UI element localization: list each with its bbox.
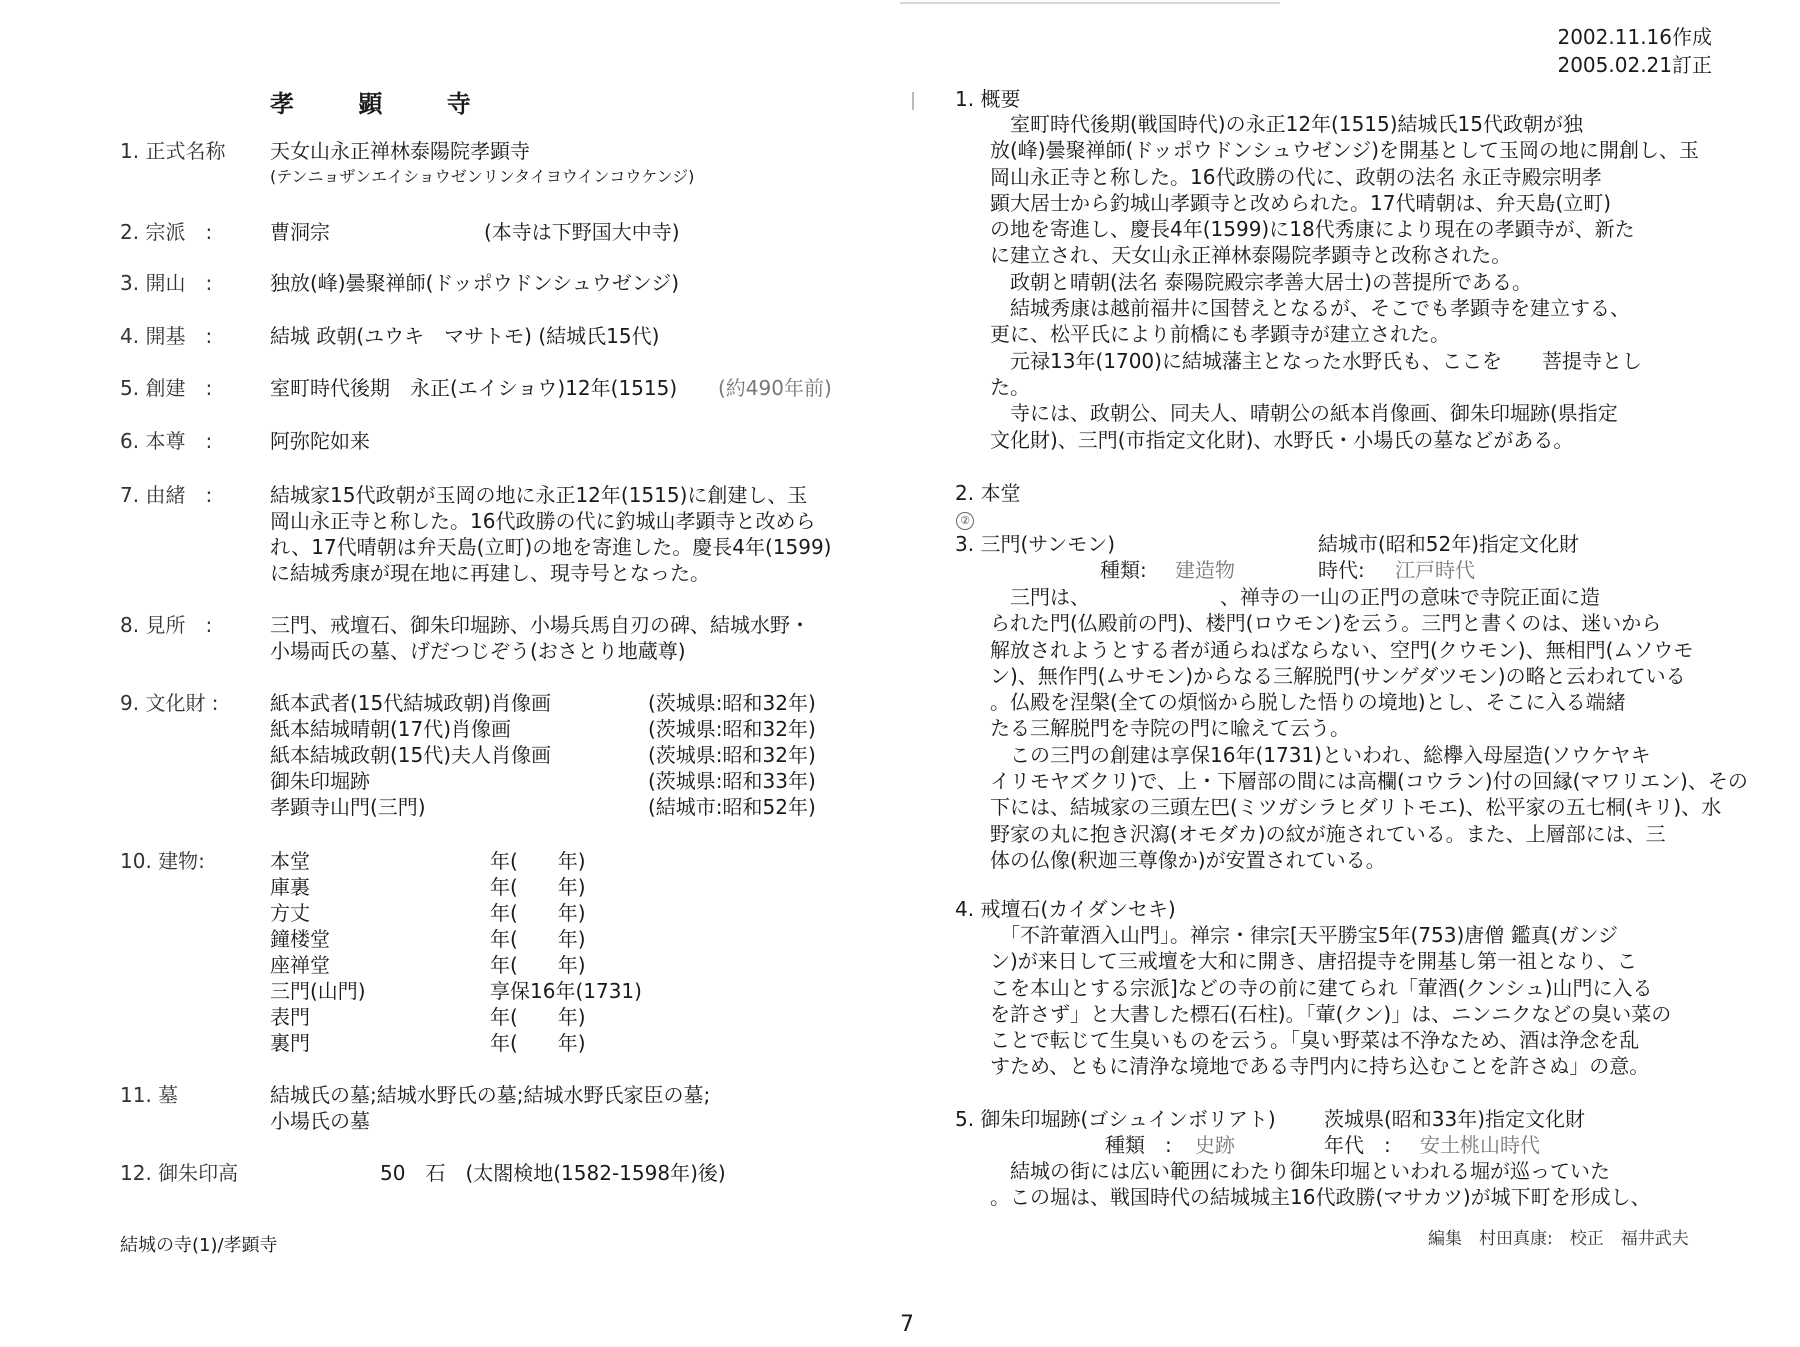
item-label-cultural-assets: 9. 文化財 : [120,690,219,716]
section-body-overview: 室町時代後期(戦国時代)の永正12年(1515)結城氏15代政朝が独 放(峰)曇… [990,111,1699,453]
cultural-asset-designation: (茨城県:昭和33年) [648,768,816,794]
cultural-asset-designation: (茨城県:昭和32年) [648,742,816,768]
section-body-goshuin-moat: 結城の街には広い範囲にわたり御朱印堀といわれる堀が巡っていた 。この堀は、戦国時… [990,1158,1651,1211]
goshuin-moat-line: 。この堀は、戦国時代の結城城主16代政勝(マサカツ)が城下町を形成し、 [990,1184,1651,1210]
cultural-asset-name: 孝顕寺山門(三門) [270,794,551,820]
cultural-asset-name: 紙本武者(15代結城政朝)肖像画 [270,690,551,716]
item-value-formal-name: 天女山永正禅林泰陽院孝顕寺 (テンニョザンエイショウゼンリンタイヨウインコウケン… [270,138,694,190]
sanmon-line: られた門(仏殿前の門)、楼門(ロウモン)を云う。三門と書くのは、迷いから [990,610,1748,636]
sanmon-era-value: 江戸時代 [1395,557,1475,583]
overview-line: 顕大居士から釣城山孝顕寺と改められた。17代晴朝は、弁天島(立町) [990,190,1699,216]
buildings-names: 本堂 庫裏 方丈 鐘楼堂 座禅堂 三門(山門) 表門 裏門 [270,848,366,1056]
item-label-founder-patron: 4. 開基 : [120,323,212,349]
sanmon-line: 三門は、 、禅寺の一山の正門の意味で寺院正面に造 [990,584,1748,610]
section-body-kaidanseki: 「不許葷酒入山門」。禅宗・律宗[天平勝宝5年(753)唐僧 鑑真(ガンジ ン)が… [990,922,1671,1080]
building-year: 享保16年(1731) [490,978,642,1004]
building-name: 本堂 [270,848,366,874]
kaidanseki-line: すため、ともに清浄な境地である寺門内に持ち込むことを許さぬ」の意。 [990,1053,1671,1079]
history-line: 岡山永正寺と称した。16代政勝の代に釣城山孝顕寺と改めら [270,508,831,534]
highlights-line: 小場両氏の墓、げだつじぞう(おさとり地蔵尊) [270,638,810,664]
building-year: 年( 年) [490,874,642,900]
history-line: 結城家15代政朝が玉岡の地に永正12年(1515)に創建し、玉 [270,482,831,508]
kaidanseki-line: こを本山とする宗派]などの寺の前に建てられ「葷酒(クンシュ)山門に入る [990,975,1671,1001]
cultural-asset-name: 御朱印堀跡 [270,768,551,794]
handwritten-circled-number: ② [956,512,974,530]
scan-artifact-line [900,2,1280,4]
section-body-sanmon: 三門は、 、禅寺の一山の正門の意味で寺院正面に造 られた門(仏殿前の門)、楼門(… [990,584,1748,873]
overview-line: に建立され、天女山永正禅林泰陽院孝顕寺と改称された。 [990,242,1699,268]
item-label-formal-name: 1. 正式名称 [120,138,225,164]
history-line: れ、17代晴朝は弁天島(立町)の地を寄進した。慶長4年(1599) [270,534,831,560]
page-number: 7 [900,1312,914,1337]
sanmon-line: 下には、結城家の三頭左巴(ミツガシラヒダリトモエ)、松平家の五七桐(キリ)、水 [990,794,1748,820]
sanmon-type-label: 種類: [1100,557,1147,583]
buildings-years: 年( 年) 年( 年) 年( 年) 年( 年) 年( 年) 享保16年(1731… [490,848,642,1056]
kaidanseki-line: 「不許葷酒入山門」。禅宗・律宗[天平勝宝5年(753)唐僧 鑑真(ガンジ [990,922,1671,948]
created-date: 2002.11.16作成 [1557,24,1712,50]
building-year: 年( 年) [490,926,642,952]
sanmon-line: 体の仏像(釈迦三尊像か)が安置されている。 [990,847,1748,873]
page-title: 孝 顕 寺 [270,84,499,119]
goshuin-moat-era-label: 年代 : [1324,1132,1391,1158]
building-year: 年( 年) [490,900,642,926]
column-divider-mark [912,92,914,110]
item-value-red-seal-yield: 50 石 (太閤検地(1582-1598年)後) [380,1160,726,1186]
item-label-red-seal-yield: 12. 御朱印高 [120,1160,238,1186]
goshuin-moat-type-value: 史跡 [1195,1132,1235,1158]
cultural-assets-names: 紙本武者(15代結城政朝)肖像画 紙本結城晴朝(17代)肖像画 紙本結城政朝(1… [270,690,551,820]
goshuin-moat-type-label: 種類 : [1105,1132,1172,1158]
overview-line: 元禄13年(1700)に結城藩主となった水野氏も、ここを 菩提寺とし [990,348,1699,374]
building-name: 裏門 [270,1030,366,1056]
building-name: 庫裏 [270,874,366,900]
item-label-principal-image: 6. 本尊 : [120,428,212,454]
item-label-founding: 5. 創建 : [120,375,212,401]
editor-credit: 編集 村田真康: 校正 福井武夫 [1428,1226,1689,1252]
graves-line: 小場氏の墓 [270,1108,710,1134]
highlights-line: 三門、戒壇石、御朱印堀跡、小場兵馬自刃の碑、結城水野・ [270,612,810,638]
item-note-founding: (約490年前) [718,375,832,401]
overview-line: 岡山永正寺と称した。16代政勝の代に、政朝の法名 永正寺殿宗明孝 [990,164,1699,190]
revised-date: 2005.02.21訂正 [1557,52,1712,78]
cultural-assets-designations: (茨城県:昭和32年) (茨城県:昭和32年) (茨城県:昭和32年) (茨城県… [648,690,816,820]
cultural-asset-designation: (茨城県:昭和32年) [648,690,816,716]
sanmon-line: イリモヤズクリ)で、上・下層部の間には高欄(コウラン)付の回縁(マワリエン)、そ… [990,768,1748,794]
overview-line: 政朝と晴朝(法名 泰陽院殿宗孝善大居士)の菩提所である。 [990,269,1699,295]
sanmon-line: この三門の創建は享保16年(1731)といわれ、総欅入母屋造(ソウケヤキ [990,742,1748,768]
building-name: 三門(山門) [270,978,366,1004]
cultural-asset-name: 紙本結城政朝(15代)夫人肖像画 [270,742,551,768]
overview-line: 室町時代後期(戦国時代)の永正12年(1515)結城氏15代政朝が独 [990,111,1699,137]
item-value-founder-patron: 結城 政朝(ユウキ マサトモ) (結城氏15代) [270,323,659,349]
overview-line: 寺には、政朝公、同夫人、晴朝公の紙本肖像画、御朱印堀跡(県指定 [990,400,1699,426]
sanmon-line: たる三解脱門を寺院の門に喩えて云う。 [990,715,1748,741]
overview-line: 文化財)、三門(市指定文化財)、水野氏・小場氏の墓などがある。 [990,427,1699,453]
kaidanseki-line: ン)が来日して三戒壇を大和に開き、唐招提寺を開基し第一祖となり、こ [990,948,1671,974]
section-heading-goshuin-moat: 5. 御朱印堀跡(ゴシュインボリアト) [955,1106,1276,1132]
sanmon-type-value: 建造物 [1175,557,1235,583]
goshuin-moat-designation: 茨城県(昭和33年)指定文化財 [1324,1106,1585,1132]
sanmon-line: 解放されようとする者が通らねばならない、空門(クウモン)、無相門(ムソウモ [990,637,1748,663]
goshuin-moat-era-value: 安土桃山時代 [1420,1132,1540,1158]
graves-line: 結城氏の墓;結城水野氏の墓;結城水野氏家臣の墓; [270,1082,710,1108]
cultural-asset-name: 紙本結城晴朝(17代)肖像画 [270,716,551,742]
item-value-principal-image: 阿弥陀如来 [270,428,370,454]
item-label-sect: 2. 宗派 : [120,219,212,245]
item-value-sect: 曹洞宗 [270,219,330,245]
item-value-history: 結城家15代政朝が玉岡の地に永正12年(1515)に創建し、玉 岡山永正寺と称し… [270,482,831,586]
item-label-highlights: 8. 見所 : [120,612,212,638]
sanmon-era-label: 時代: [1318,557,1365,583]
sanmon-line: ン)、無作門(ムサモン)からなる三解脱門(サンゲダツモン)の略と云われている [990,663,1748,689]
overview-line: 放(峰)曇聚禅師(ドッポウドンシュウゼンジ)を開基として玉岡の地に開創し、玉 [990,137,1699,163]
section-heading-main-hall: 2. 本堂 [955,480,1020,506]
item-value-highlights: 三門、戒壇石、御朱印堀跡、小場兵馬自刃の碑、結城水野・ 小場両氏の墓、げだつじぞ… [270,612,810,664]
left-footer: 結城の寺(1)/孝顕寺 [120,1233,278,1259]
formal-name: 天女山永正禅林泰陽院孝顕寺 [270,138,694,164]
sanmon-line: 野家の丸に抱き沢瀉(オモダカ)の紋が施されている。また、上層部には、三 [990,821,1748,847]
section-heading-kaidanseki: 4. 戒壇石(カイダンセキ) [955,896,1176,922]
formal-name-reading: (テンニョザンエイショウゼンリンタイヨウインコウケンジ) [270,164,694,190]
building-name: 方丈 [270,900,366,926]
building-name: 座禅堂 [270,952,366,978]
kaidanseki-line: を許さず」と大書した標石(石柱)。「葷(クン)」は、ニンニクなどの臭い菜の [990,1001,1671,1027]
overview-line: 結城秀康は越前福井に国替えとなるが、そこでも孝顕寺を建立する、 [990,295,1699,321]
building-year: 年( 年) [490,1030,642,1056]
cultural-asset-designation: (茨城県:昭和32年) [648,716,816,742]
building-name: 表門 [270,1004,366,1030]
building-name: 鐘楼堂 [270,926,366,952]
item-label-buildings: 10. 建物: [120,848,205,874]
item-value-graves: 結城氏の墓;結城水野氏の墓;結城水野氏家臣の墓; 小場氏の墓 [270,1082,710,1134]
overview-line: の地を寄進し、慶長4年(1599)に18代秀康により現在の孝顕寺が、新た [990,216,1699,242]
item-value-founder-priest: 独放(峰)曇聚禅師(ドッポウドンシュウゼンジ) [270,270,679,296]
sanmon-line: 。仏殿を涅槃(全ての煩悩から脱した悟りの境地)とし、そこに入る端緒 [990,689,1748,715]
item-value-founding: 室町時代後期 永正(エイショウ)12年(1515) [270,375,677,401]
item-label-graves: 11. 墓 [120,1082,178,1108]
section-heading-sanmon: 3. 三門(サンモン) [955,531,1115,557]
history-line: に結城秀康が現在地に再建し、現寺号となった。 [270,560,831,586]
kaidanseki-line: ことで転じて生臭いものを云う。「臭い野菜は不浄なため、酒は浄念を乱 [990,1027,1671,1053]
overview-line: た。 [990,374,1699,400]
item-label-founder-priest: 3. 開山 : [120,270,212,296]
building-year: 年( 年) [490,952,642,978]
overview-line: 更に、松平氏により前橋にも孝顕寺が建立された。 [990,321,1699,347]
item-note-sect: (本寺は下野国大中寺) [484,219,680,245]
cultural-asset-designation: (結城市:昭和52年) [648,794,816,820]
section-heading-overview: 1. 概要 [955,86,1020,112]
sanmon-designation: 結城市(昭和52年)指定文化財 [1318,531,1579,557]
building-year: 年( 年) [490,1004,642,1030]
goshuin-moat-line: 結城の街には広い範囲にわたり御朱印堀といわれる堀が巡っていた [990,1158,1651,1184]
building-year: 年( 年) [490,848,642,874]
item-label-history: 7. 由緒 : [120,482,212,508]
